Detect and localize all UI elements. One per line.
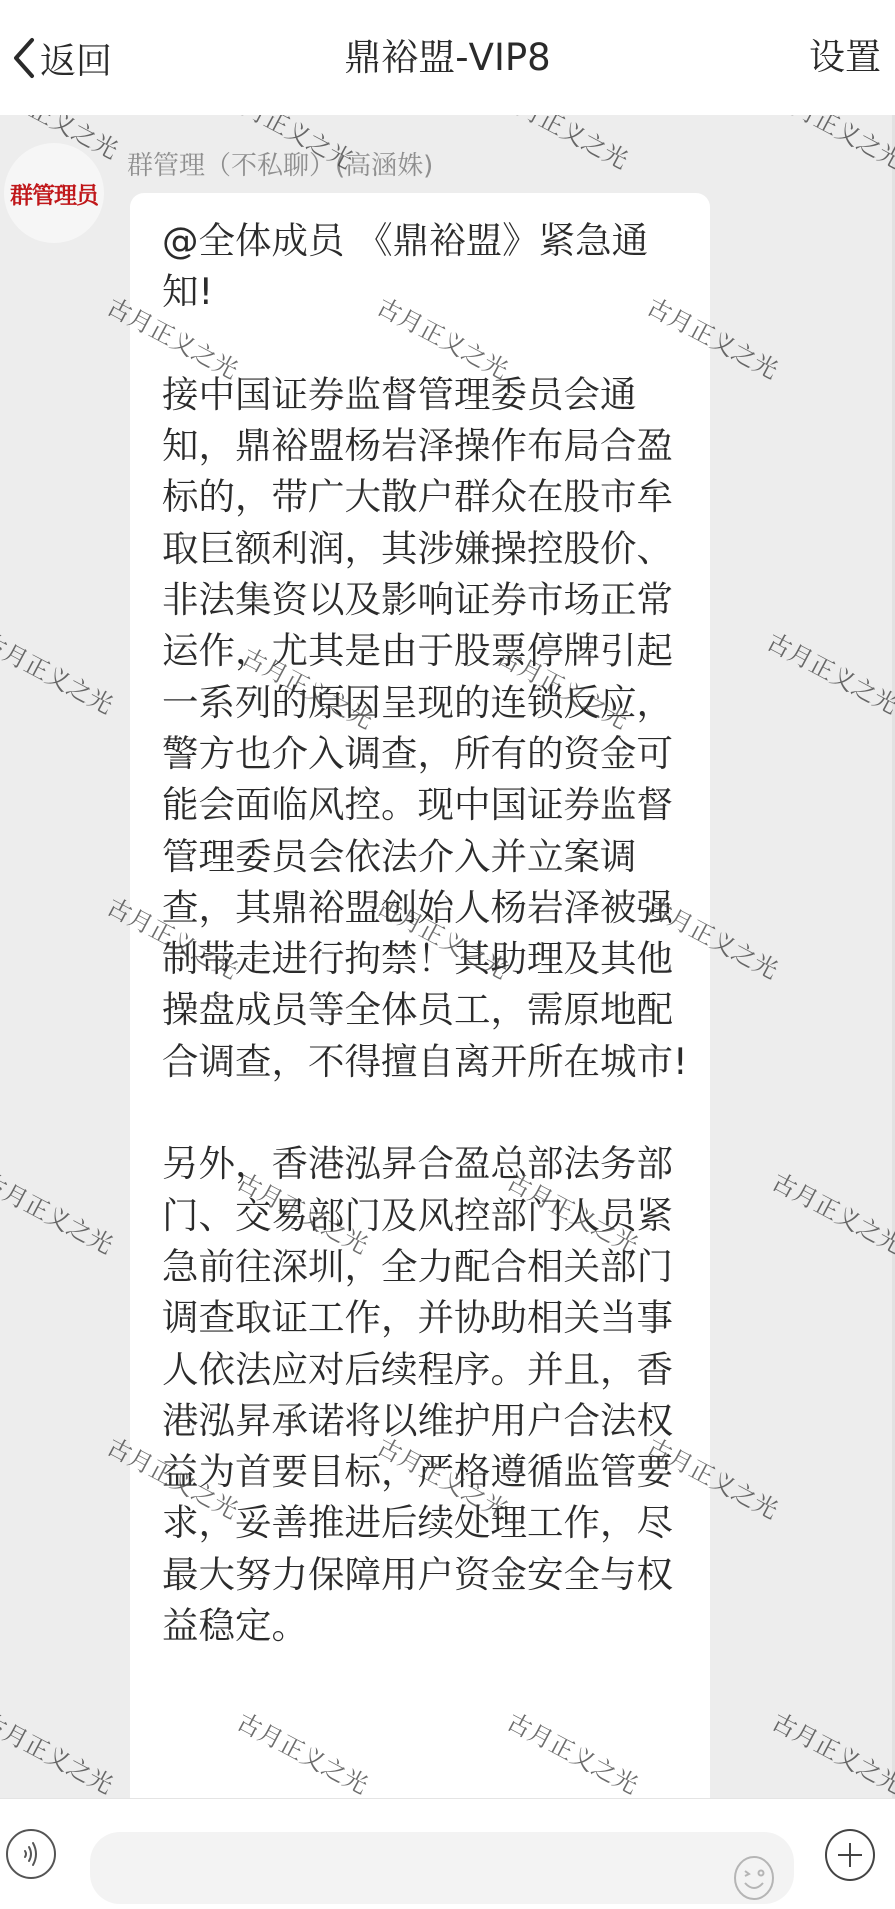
watermark: 古月正义之光 [767,1702,895,1798]
plus-button[interactable] [825,1829,875,1881]
nav-header: 返回 鼎裕盟-VIP8 设置 [0,0,895,115]
watermark: 古月正义之光 [0,622,120,721]
watermark: 古月正义之光 [767,1162,895,1261]
voice-icon [16,1839,46,1869]
message-text: @全体成员 《鼎裕盟》紧急通知! 接中国证券监督管理委员会通知，鼎裕盟杨岩泽操作… [162,215,692,1651]
chat-area[interactable]: 群管理员 群管理（不私聊）(高涵姝) @全体成员 《鼎裕盟》紧急通知! 接中国证… [0,115,895,1798]
emoji-icon [733,1855,775,1901]
plus-icon [836,1841,864,1869]
watermark: 古月正义之光 [762,622,895,721]
settings-button[interactable]: 设置 [809,30,881,86]
emoji-button[interactable] [733,1855,775,1901]
watermark: 古月正义之光 [0,1162,120,1261]
input-bar [0,1798,895,1909]
message-bubble[interactable]: @全体成员 《鼎裕盟》紧急通知! 接中国证券监督管理委员会通知，鼎裕盟杨岩泽操作… [130,193,710,1798]
voice-button[interactable] [6,1829,56,1879]
sender-name: 群管理（不私聊）(高涵姝) [127,145,433,182]
watermark: 古月正义之光 [492,115,636,176]
message-input[interactable] [90,1832,794,1904]
avatar[interactable]: 群管理员 [4,143,104,243]
avatar-label: 群管理员 [10,177,98,210]
chat-title: 鼎裕盟-VIP8 [0,30,895,86]
watermark: 古月正义之光 [767,115,895,176]
watermark: 古月正义之光 [0,1702,120,1798]
